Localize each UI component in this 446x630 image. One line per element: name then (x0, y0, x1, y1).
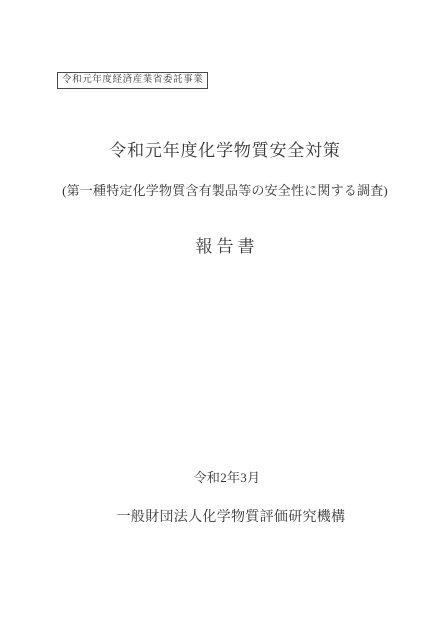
report-subtitle: (第一種特定化学物質含有製品等の安全性に関する調査) (2, 184, 446, 198)
report-cover-page: 令和元年度経済産業省委託事業 令和元年度化学物質安全対策 (第一種特定化学物質含… (0, 0, 446, 630)
commission-label-box: 令和元年度経済産業省委託事業 (57, 72, 208, 89)
report-title: 令和元年度化学物質安全対策 (2, 142, 446, 161)
commission-label: 令和元年度経済産業省委託事業 (62, 75, 203, 85)
publication-date: 令和2年3月 (4, 471, 446, 485)
organization-name: 一般財団法人化学物質評価研究機構 (8, 510, 446, 525)
document-type-label: 報告書 (4, 238, 446, 257)
